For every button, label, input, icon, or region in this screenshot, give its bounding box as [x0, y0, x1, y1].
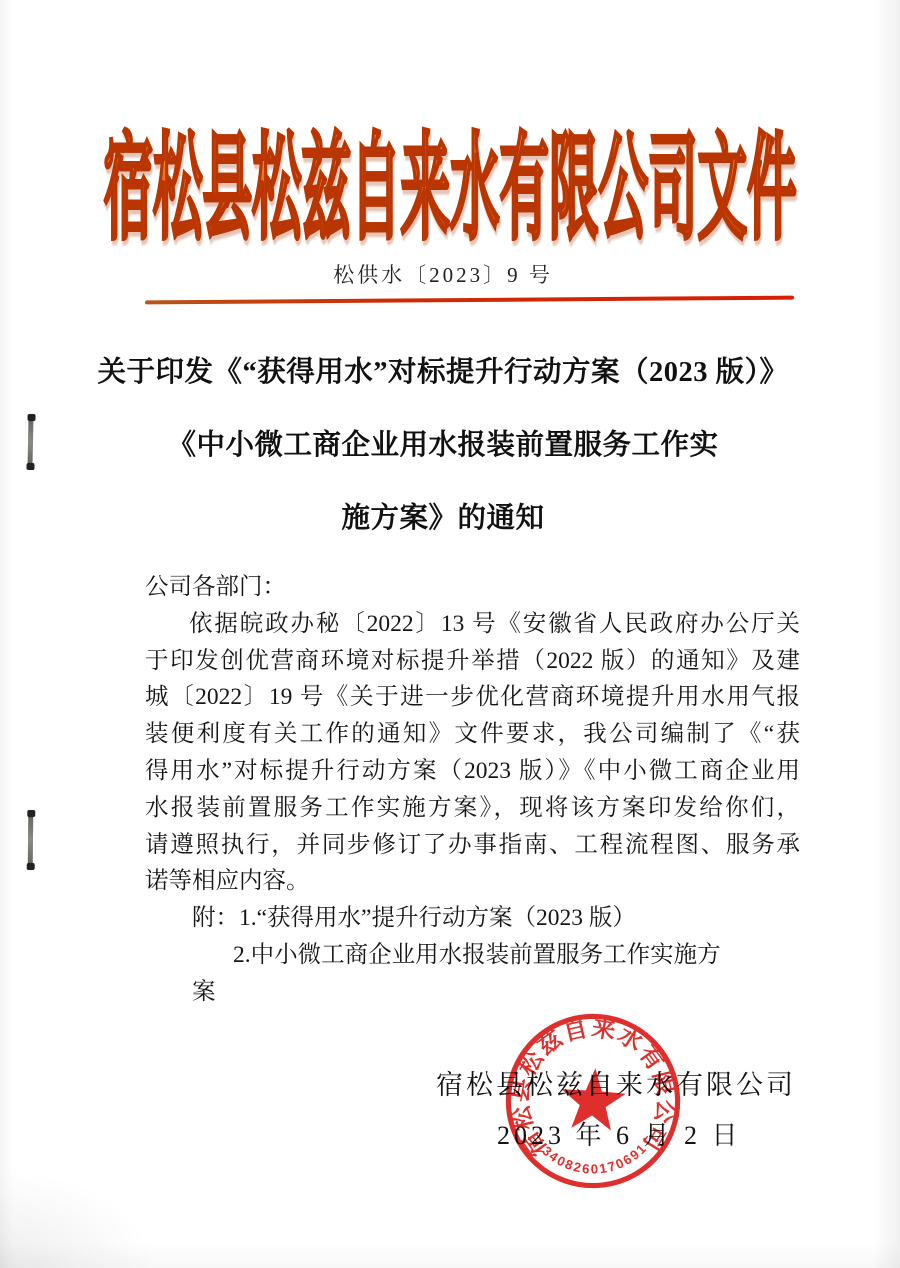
attachment-line-3: 案 [145, 974, 800, 1011]
body-line: 诺等相应内容。 [145, 863, 800, 900]
doc-title-line-1: 关于印发《“获得用水”对标提升行动方案（2023 版）》 [60, 336, 826, 409]
attachment-line-2: 2.中小微工商企业用水报装前置服务工作实施方 [145, 937, 800, 974]
body-line: 城〔2022〕19 号《关于进一步优化营商环境提升用水用气报 [145, 679, 800, 716]
doc-title: 关于印发《“获得用水”对标提升行动方案（2023 版）》 《中小微工商企业用水报… [60, 336, 826, 555]
body-line: 装便利度有关工作的通知》文件要求，我公司编制了《“获 [145, 716, 800, 753]
masthead-title: 宿松县松兹自来水有限公司文件 [104, 96, 797, 263]
official-red-seal: 宿松县松兹自来水有限公司 3408260170691 [496, 1004, 690, 1198]
red-separator-rule [145, 296, 794, 304]
salutation: 公司各部门： [145, 569, 800, 606]
doc-title-line-3: 施方案》的通知 [60, 482, 826, 555]
seal-star-icon [559, 1066, 627, 1132]
staple-mark-top [27, 416, 33, 468]
doc-title-line-2: 《中小微工商企业用水报装前置服务工作实 [60, 409, 826, 482]
scanned-document-page: 宿松县松兹自来水有限公司文件 松供水〔2023〕9 号 关于印发《“获得用水”对… [0, 0, 900, 1268]
body-line: 水报装前置服务工作实施方案》，现将该方案印发给你们， [145, 790, 800, 827]
body-text: 公司各部门： 依据皖政办秘〔2022〕13 号《安徽省人民政府办公厅关 于印发创… [145, 569, 800, 1011]
body-line: 得用水”对标提升行动方案（2023 版）》《中小微工商企业用 [145, 753, 800, 790]
body-line: 依据皖政办秘〔2022〕13 号《安徽省人民政府办公厅关 [145, 606, 800, 643]
body-line: 请遵照执行，并同步修订了办事指南、工程流程图、服务承 [145, 827, 800, 864]
doc-number: 松供水〔2023〕9 号 [0, 259, 886, 289]
staple-mark-bottom [28, 812, 34, 868]
attachment-line-1: 附：1.“获得用水”提升行动方案（2023 版） [145, 900, 800, 937]
document-masthead: 宿松县松兹自来水有限公司文件 [0, 96, 900, 228]
body-line: 于印发创优营商环境对标提升举措（2022 版）的通知》及建 [145, 643, 800, 680]
